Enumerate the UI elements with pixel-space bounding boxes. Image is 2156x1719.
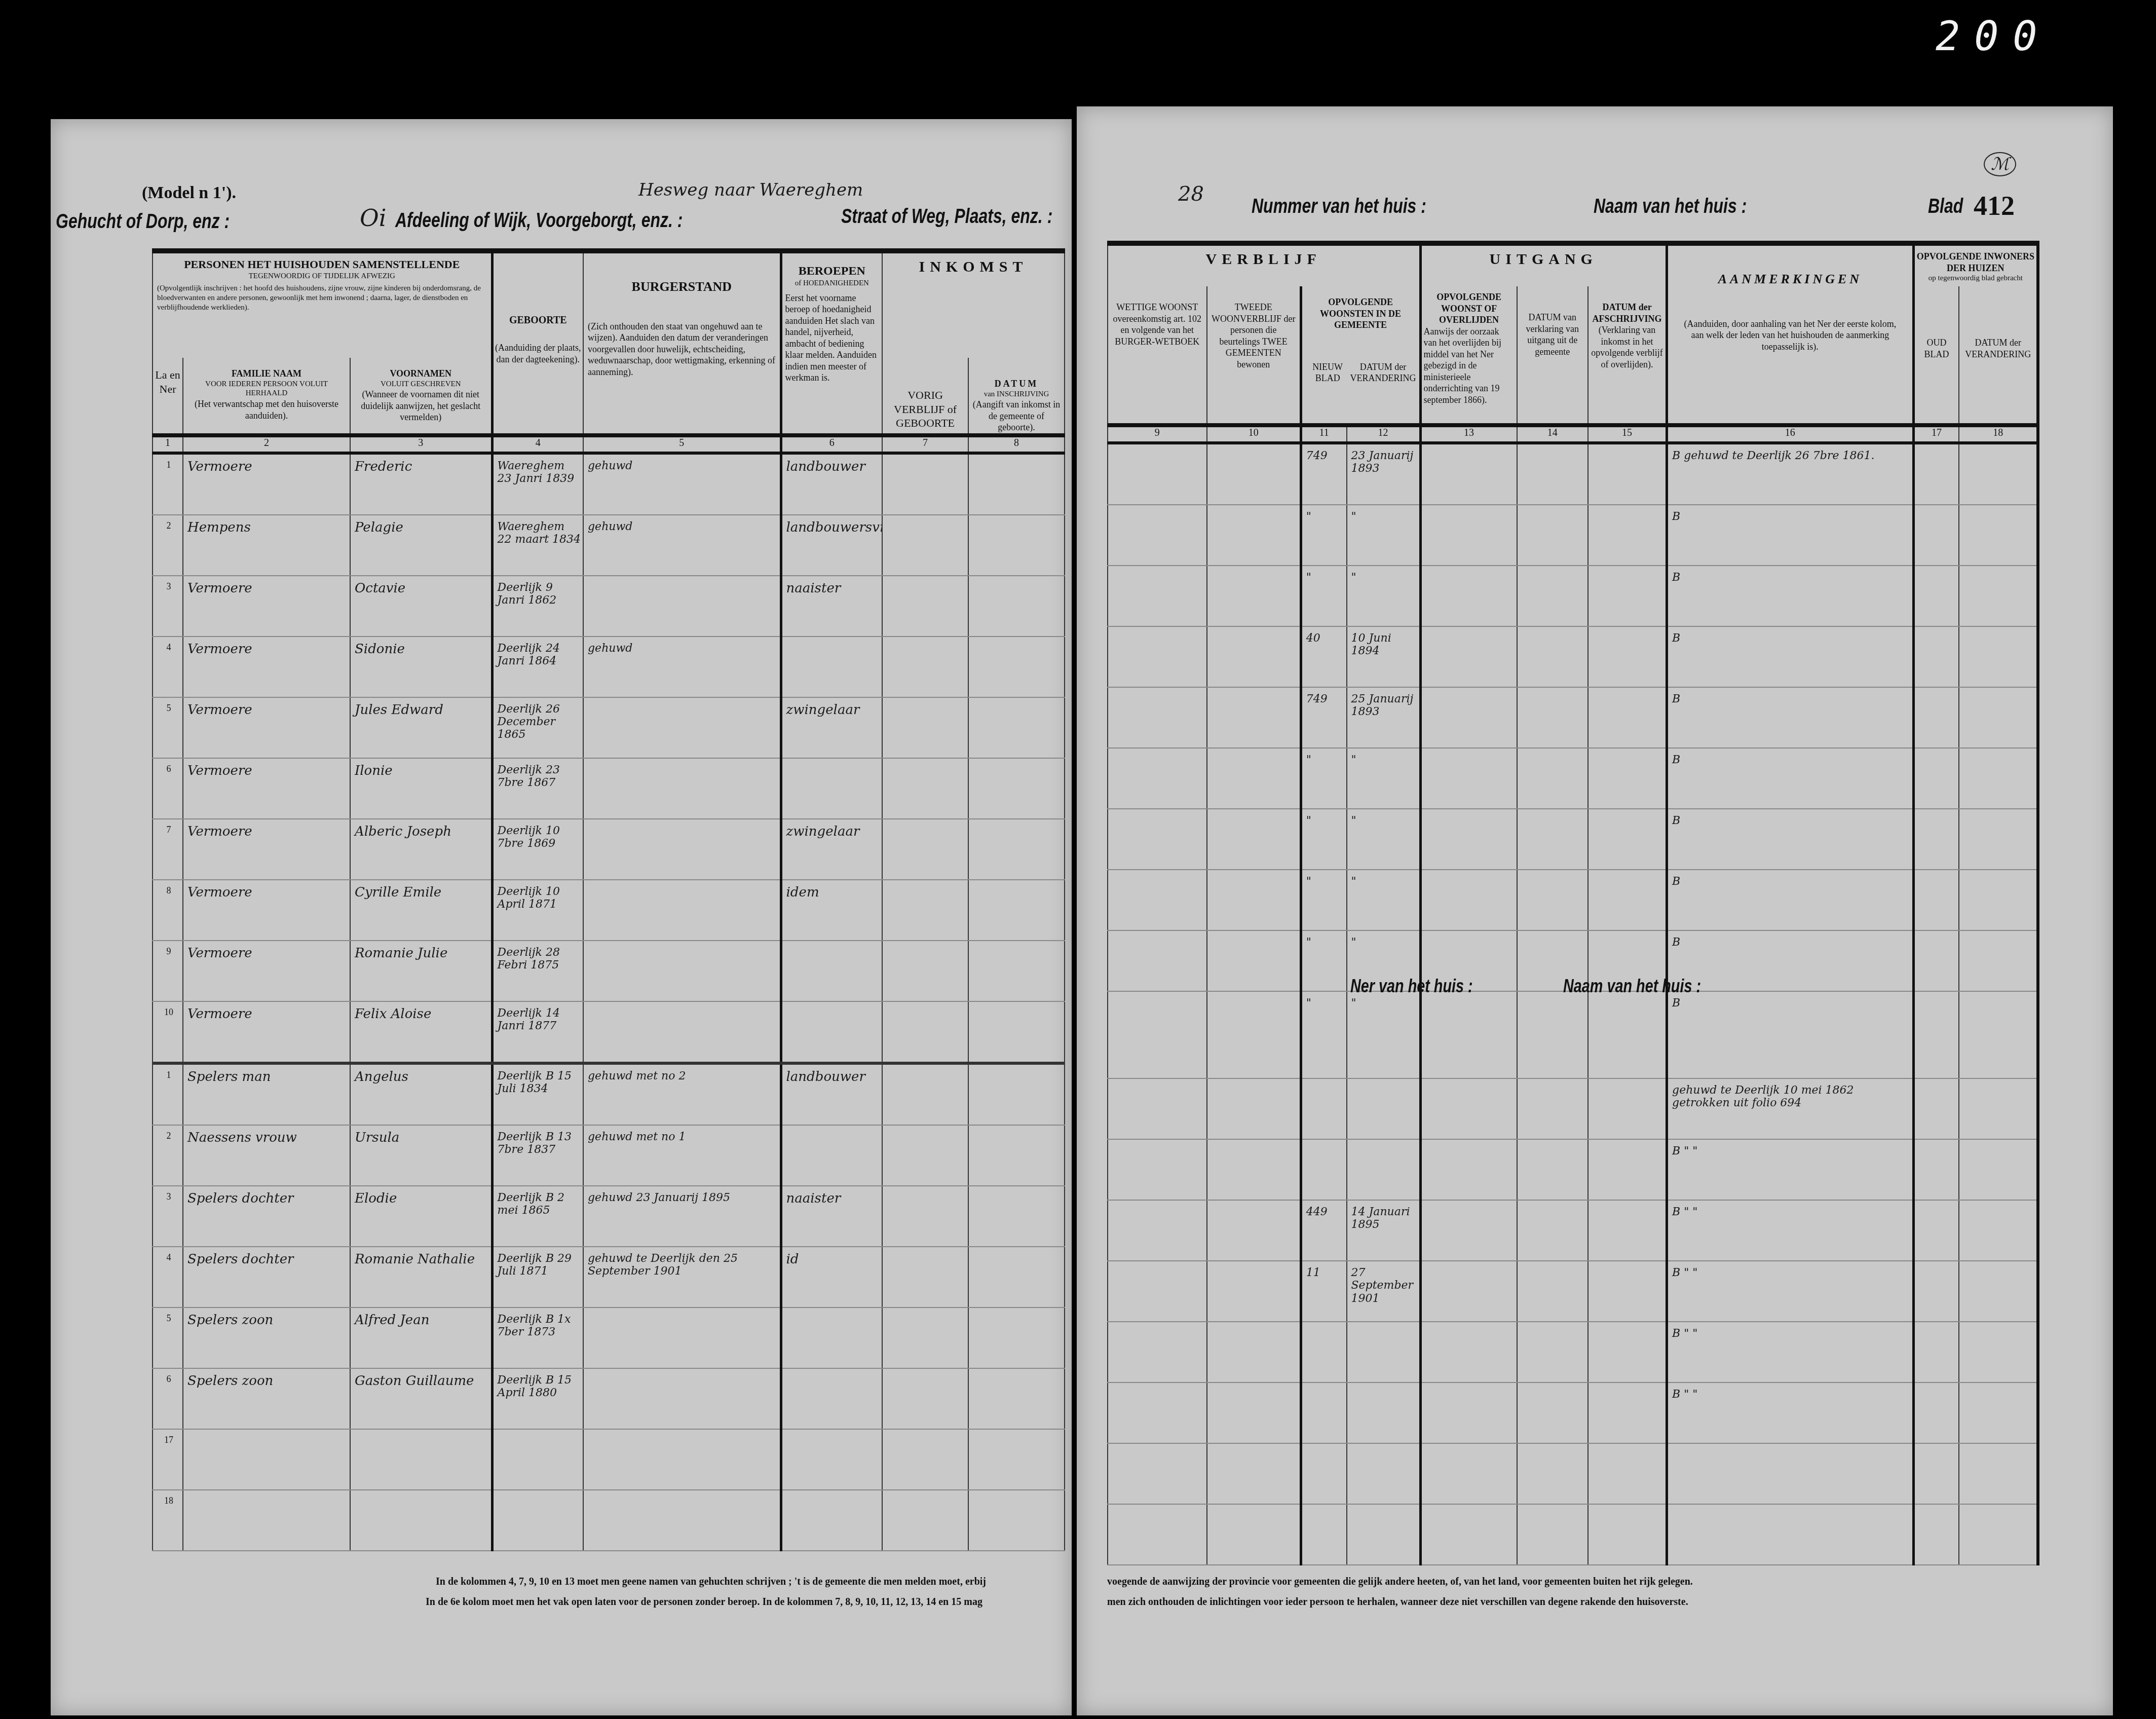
first-names: Romanie Nathalie xyxy=(355,1252,489,1267)
birth: Deerlijk 28 Febri 1875 xyxy=(498,946,581,972)
table-row xyxy=(1108,1504,2038,1565)
nieuw-blad-heading: NIEUW BLAD xyxy=(1305,361,1350,384)
remark: B xyxy=(1672,814,1910,827)
remark: B " " xyxy=(1672,1145,1910,1157)
table-row: ""B xyxy=(1108,870,2038,930)
table-row: 7VermoereAlberic JosephDeerlijk 10 7bre … xyxy=(153,819,1065,880)
oud-blad-heading: OUD BLAD xyxy=(1915,337,1959,360)
burgerstand-heading: BURGERSTAND xyxy=(588,279,776,295)
footnote-right-2: men zich onthouden de inlichtingen voor … xyxy=(1107,1596,1688,1608)
remark: B xyxy=(1672,997,1910,1010)
table-row: B " " xyxy=(1108,1382,2038,1443)
first-names: Ursula xyxy=(355,1131,489,1146)
line-number: 4 xyxy=(157,642,180,653)
personen-note: (Opvolgentlijk inschrijven : het hoofd d… xyxy=(157,284,487,312)
line-number: 5 xyxy=(157,1313,180,1324)
column-number: 16 xyxy=(1667,425,1914,443)
family-name: Spelers dochter xyxy=(187,1252,348,1267)
first-names: Sidonie xyxy=(355,642,489,657)
new-blad: " xyxy=(1306,997,1344,1010)
datum-verklaring-heading: DATUM van verklaring van uitgang uit de … xyxy=(1520,312,1585,357)
birth: Deerlijk 10 April 1871 xyxy=(498,885,581,911)
table-row: 2Naessens vrouwUrsulaDeerlijk B 13 7bre … xyxy=(153,1125,1065,1186)
column-number: 7 xyxy=(882,435,968,453)
family-name: Spelers zoon xyxy=(187,1313,348,1328)
remark: B gehuwd te Deerlijk 26 7bre 1861. xyxy=(1672,450,1910,462)
new-blad: " xyxy=(1306,814,1344,827)
table-row xyxy=(1108,1443,2038,1504)
register-table-right: VERBLIJF UITGANG AANMERKINGEN (Aanduiden… xyxy=(1107,241,2039,1565)
occupation: zwingelaar xyxy=(786,825,880,840)
column-number: 9 xyxy=(1108,425,1207,443)
new-blad: " xyxy=(1306,571,1344,584)
remark: B " " xyxy=(1672,1206,1910,1218)
table-row: 4VermoereSidonieDeerlijk 24 Janri 1864ge… xyxy=(153,637,1065,697)
table-row: 3Spelers dochterElodieDeerlijk B 2 mei 1… xyxy=(153,1186,1065,1247)
uitgang-heading: UITGANG xyxy=(1422,246,1666,269)
column-number: 6 xyxy=(781,435,882,453)
family-name: Vermoere xyxy=(187,946,348,961)
change-date: " xyxy=(1351,814,1417,827)
birth: Deerlijk B 15 April 1880 xyxy=(498,1374,581,1400)
column-number: 14 xyxy=(1517,425,1588,443)
column-number: 8 xyxy=(968,435,1065,453)
civil-status: gehuwd 23 Januarij 1895 xyxy=(588,1191,778,1204)
new-blad: " xyxy=(1306,875,1344,888)
table-row: 2HempensPelagieWaereghem 22 maart 1834ge… xyxy=(153,515,1065,576)
change-date: 10 Juni 1894 xyxy=(1351,632,1417,658)
first-names: Cyrille Emile xyxy=(355,885,489,901)
straat-label: Straat of Weg, Plaats, enz. : xyxy=(841,205,1052,228)
table-row: ""B xyxy=(1108,748,2038,809)
datum-inschrijving-note: (Aangift van inkomst in de gemeente of g… xyxy=(972,399,1061,433)
beroepen-heading: BEROEPEN xyxy=(785,264,879,279)
family-name: Vermoere xyxy=(187,703,348,718)
table-row: 74925 Januarij 1893B xyxy=(1108,687,2038,748)
remark: B xyxy=(1672,571,1910,584)
table-row: 6VermoereIlonieDeerlijk 23 7bre 1867 xyxy=(153,758,1065,819)
new-blad: " xyxy=(1306,510,1344,523)
family-name: Vermoere xyxy=(187,764,348,779)
line-number: 5 xyxy=(157,703,180,714)
line-number: 1 xyxy=(157,460,180,470)
change-date: " xyxy=(1351,936,1417,949)
voornamen-note: (Wanneer de voornamen dit niet duidelijk… xyxy=(354,389,488,423)
afdeeling-value: Hesweg naar Waereghem xyxy=(638,180,863,200)
table-row: 74923 Januarij 1893B gehuwd te Deerlijk … xyxy=(1108,443,2038,505)
familie-naam-sub: VOOR IEDEREN PERSOON VOLUIT HERHAALD xyxy=(186,380,347,399)
change-date: " xyxy=(1351,875,1417,888)
table-row: 8VermoereCyrille EmileDeerlijk 10 April … xyxy=(153,880,1065,941)
table-row: 9VermoereRomanie JulieDeerlijk 28 Febri … xyxy=(153,941,1065,1001)
line-number: 6 xyxy=(157,764,180,774)
civil-status: gehuwd xyxy=(588,642,778,655)
birth: Deerlijk B 13 7bre 1837 xyxy=(498,1131,581,1156)
family-name: Hempens xyxy=(187,520,348,536)
family-name: Vermoere xyxy=(187,642,348,657)
table-row: 44914 Januari 1895B " " xyxy=(1108,1200,2038,1261)
gehucht-value: Oi xyxy=(360,204,386,232)
civil-status: gehuwd xyxy=(588,460,778,472)
familie-naam-heading: FAMILIE NAAM xyxy=(186,368,347,380)
beroepen-note: Eerst het voorname beroep of hoedanighei… xyxy=(785,292,879,384)
birth: Deerlijk 10 7bre 1869 xyxy=(498,825,581,850)
table-row: 5VermoereJules EdwardDeerlijk 26 Decembe… xyxy=(153,697,1065,758)
house-number-label: Nummer van het huis : xyxy=(1252,195,1426,218)
personen-subheading: TEGENWOORDIG OF TIJDELIJK AFWEZIG xyxy=(157,272,487,281)
birth: Deerlijk 14 Janri 1877 xyxy=(498,1007,581,1033)
line-number: 7 xyxy=(157,825,180,835)
occupation: landbouwersvrouw xyxy=(786,520,880,536)
opvolgende-inwoners-heading: OPVOLGENDE INWONERS DER HUIZEN xyxy=(1915,251,2036,274)
line-number: 2 xyxy=(157,520,180,531)
table-row: ""B xyxy=(1108,809,2038,870)
civil-status: gehuwd met no 2 xyxy=(588,1070,778,1082)
remark: B " " xyxy=(1672,1327,1910,1340)
birth: Waereghem 22 maart 1834 xyxy=(498,520,581,546)
table-row: ""B xyxy=(1108,505,2038,566)
column-number: 5 xyxy=(583,435,781,453)
table-row: 4Spelers dochterRomanie NathalieDeerlijk… xyxy=(153,1247,1065,1307)
birth: Waereghem 23 Janri 1839 xyxy=(498,460,581,485)
house-number-value: 28 xyxy=(1178,182,1204,206)
table-row: gehuwd te Deerlijk 10 mei 1862 getrokken… xyxy=(1108,1078,2038,1139)
remark: B xyxy=(1672,875,1910,888)
change-date: " xyxy=(1351,571,1417,584)
table-row: 1Spelers manAngelusDeerlijk B 15 Juli 18… xyxy=(153,1063,1065,1125)
civil-status: gehuwd te Deerlijk den 25 September 1901 xyxy=(588,1252,778,1278)
column-number: 15 xyxy=(1588,425,1667,443)
family-name: Vermoere xyxy=(187,825,348,840)
gehucht-label: Gehucht of Dorp, enz : xyxy=(56,210,230,233)
inkomst-heading: INKOMST xyxy=(883,253,1064,277)
first-names: Angelus xyxy=(355,1070,489,1085)
opvolgende-woonst-note: Aanwijs der oorzaak van het overlijden b… xyxy=(1424,326,1515,406)
civil-status: gehuwd xyxy=(588,520,778,533)
line-number: 9 xyxy=(157,946,180,957)
family-name: Spelers zoon xyxy=(187,1374,348,1389)
first-names: Gaston Guillaume xyxy=(355,1374,489,1389)
first-names: Ilonie xyxy=(355,764,489,779)
line-number: 4 xyxy=(157,1252,180,1263)
table-row: 3VermoereOctavieDeerlijk 9 Janri 1862naa… xyxy=(153,576,1065,637)
table-row: 1127 September 1901B " " xyxy=(1108,1261,2038,1322)
first-names: Octavie xyxy=(355,581,489,596)
birth: Deerlijk 23 7bre 1867 xyxy=(498,764,581,790)
change-date: 14 Januari 1895 xyxy=(1351,1206,1417,1231)
signature-initials-icon: ℳ xyxy=(1984,152,2016,176)
change-date: 27 September 1901 xyxy=(1351,1266,1417,1305)
new-blad: 11 xyxy=(1306,1266,1344,1279)
familie-naam-note: (Het verwantschap met den huisoverste aa… xyxy=(186,398,347,421)
line-number: 3 xyxy=(157,1191,180,1202)
datum-inschrijving-sub: van INSCHRIJVING xyxy=(972,390,1061,399)
remark: B xyxy=(1672,632,1910,645)
change-date: " xyxy=(1351,997,1417,1010)
new-blad: 749 xyxy=(1306,693,1344,705)
footnote-left-2: In de 6e kolom moet men het vak open lat… xyxy=(426,1596,982,1608)
line-number: 2 xyxy=(157,1131,180,1141)
birth: Deerlijk 24 Janri 1864 xyxy=(498,642,581,668)
occupation: id xyxy=(786,1252,880,1267)
new-blad: 749 xyxy=(1306,450,1344,462)
remark: B " " xyxy=(1672,1266,1910,1279)
occupation: idem xyxy=(786,885,880,901)
first-names: Alfred Jean xyxy=(355,1313,489,1328)
occupation: naaister xyxy=(786,1191,880,1207)
aanmerkingen-note: (Aanduiden, door aanhaling van het Ner d… xyxy=(1678,318,1902,353)
table-row: 18 xyxy=(153,1490,1065,1551)
datum-verandering-heading: DATUM der VERANDERING xyxy=(1350,361,1416,384)
first-names: Frederic xyxy=(355,460,489,475)
family-name: Spelers dochter xyxy=(187,1191,348,1207)
vorig-verblijf-heading: VORIG VERBLIJF of GEBOORTE xyxy=(886,388,965,430)
family-name: Naessens vrouw xyxy=(187,1131,348,1146)
beroepen-subheading: of HOEDANIGHEDEN xyxy=(785,279,879,288)
voornamen-sub: VOLUIT GESCHREVEN xyxy=(354,380,488,389)
family-name: Spelers man xyxy=(187,1070,348,1085)
line-number: 17 xyxy=(157,1435,180,1445)
occupation: naaister xyxy=(786,581,880,596)
first-names: Jules Edward xyxy=(355,703,489,718)
column-number: 11 xyxy=(1301,425,1346,443)
column-number: 18 xyxy=(1959,425,2038,443)
table-row: B " " xyxy=(1108,1139,2038,1200)
verblijf-heading: VERBLIJF xyxy=(1108,246,1419,269)
birth: Deerlijk B 15 Juli 1834 xyxy=(498,1070,581,1096)
column-number: 17 xyxy=(1913,425,1959,443)
family-name: Vermoere xyxy=(187,1007,348,1022)
civil-status: gehuwd met no 1 xyxy=(588,1131,778,1143)
column-1-header: La en Ner xyxy=(153,368,182,396)
change-date: 25 Januarij 1893 xyxy=(1351,693,1417,719)
occupation: landbouwer xyxy=(786,1070,880,1085)
birth: Deerlijk B 29 Juli 1871 xyxy=(498,1252,581,1278)
line-number: 18 xyxy=(157,1496,180,1506)
footnote-right-1: voegende de aanwijzing der provincie voo… xyxy=(1107,1576,1693,1588)
birth: Deerlijk B 2 mei 1865 xyxy=(498,1191,581,1217)
column-number: 3 xyxy=(350,435,492,453)
column-number: 10 xyxy=(1207,425,1301,443)
new-blad: 449 xyxy=(1306,1206,1344,1218)
family-name: Vermoere xyxy=(187,460,348,475)
first-names: Elodie xyxy=(355,1191,489,1207)
occupation: landbouwer xyxy=(786,460,880,475)
birth: Deerlijk 9 Janri 1862 xyxy=(498,581,581,607)
new-blad: " xyxy=(1306,936,1344,949)
mid-house-number-label: Ner van het huis : xyxy=(1350,976,1473,997)
first-names: Felix Aloise xyxy=(355,1007,489,1022)
footnote-left-1: In de kolommen 4, 7, 9, 10 en 13 moet me… xyxy=(436,1576,986,1588)
table-row: 4010 Juni 1894B xyxy=(1108,626,2038,687)
new-blad: 40 xyxy=(1306,632,1344,645)
column-number: 2 xyxy=(183,435,350,453)
first-names: Alberic Joseph xyxy=(355,825,489,840)
column-number: 4 xyxy=(492,435,583,453)
birth: Deerlijk 26 December 1865 xyxy=(498,703,581,741)
occupation: zwingelaar xyxy=(786,703,880,718)
remark: B " " xyxy=(1672,1388,1910,1401)
table-row: 1VermoereFredericWaereghem 23 Janri 1839… xyxy=(153,453,1065,515)
line-number: 3 xyxy=(157,581,180,592)
table-row: ""B xyxy=(1108,566,2038,626)
table-row: B " " xyxy=(1108,1322,2038,1382)
datum-der-verandering-heading: DATUM der VERANDERING xyxy=(1959,337,2036,360)
personen-heading: PERSONEN HET HUISHOUDEN SAMENSTELLENDE xyxy=(157,257,487,272)
family-name: Vermoere xyxy=(187,581,348,596)
opvolgende-woonsten-heading: OPVOLGENDE WOONSTEN IN DE GEMEENTE xyxy=(1305,296,1416,331)
wettige-woonst-heading: WETTIGE WOONST overeenkomstig art. 102 e… xyxy=(1111,302,1203,347)
right-page: 28 Nummer van het huis : Naam van het hu… xyxy=(1077,106,2113,1715)
line-number: 6 xyxy=(157,1374,180,1385)
opvolgende-woonst-heading: OPVOLGENDE WOONST OF OVERLIJDEN xyxy=(1424,291,1515,326)
left-page: (Model n 1'). Gehucht of Dorp, enz : Oi … xyxy=(51,119,1072,1715)
remark: B xyxy=(1672,693,1910,705)
table-row: ""B xyxy=(1108,991,2038,1078)
afdeeling-label: Afdeeling of Wijk, Voorgeborgt, enz. : xyxy=(395,209,683,232)
datum-inschrijving-heading: DATUM xyxy=(972,378,1061,390)
burgerstand-note: (Zich onthouden den staat van ongehuwd a… xyxy=(588,321,776,378)
mid-house-name-label: Naam van het huis : xyxy=(1563,976,1701,997)
first-names: Pelagie xyxy=(355,520,489,536)
geboorte-note: (Aanduiding der plaats, dan der dagteeke… xyxy=(494,342,583,365)
new-blad: " xyxy=(1306,754,1344,766)
house-name-label: Naam van het huis : xyxy=(1594,195,1747,218)
family-name: Vermoere xyxy=(187,885,348,901)
datum-afschrijving-note: (Verklaring van inkomst in het opvolgend… xyxy=(1591,324,1663,370)
line-number: 1 xyxy=(157,1070,180,1080)
column-number: 13 xyxy=(1420,425,1517,443)
opvolgende-inwoners-sub: op tegenwoordig blad gebracht xyxy=(1915,274,2036,283)
column-number: 1 xyxy=(153,435,183,453)
table-row: 6Spelers zoonGaston GuillaumeDeerlijk B … xyxy=(153,1368,1065,1429)
line-number: 8 xyxy=(157,885,180,896)
remark: B xyxy=(1672,936,1910,949)
aanmerkingen-heading: AANMERKINGEN xyxy=(1678,271,1902,288)
tweede-woonverblijf-heading: TWEEDE WOONVERBLIJF der personen die beu… xyxy=(1211,302,1297,370)
change-date: 23 Januarij 1893 xyxy=(1351,450,1417,475)
register-table-left: PERSONEN HET HUISHOUDEN SAMENSTELLENDE T… xyxy=(152,248,1065,1551)
first-names: Romanie Julie xyxy=(355,946,489,961)
line-number: 10 xyxy=(157,1007,180,1018)
change-date: " xyxy=(1351,510,1417,523)
voornamen-heading: VOORNAMEN xyxy=(354,368,488,380)
change-date: " xyxy=(1351,754,1417,766)
birth: Deerlijk B 1x 7ber 1873 xyxy=(498,1313,581,1339)
model-label: (Model n 1'). xyxy=(142,183,236,203)
remark: B xyxy=(1672,754,1910,766)
table-row: 5Spelers zoonAlfred JeanDeerlijk B 1x 7b… xyxy=(153,1307,1065,1368)
blad-label: Blad xyxy=(1928,195,1963,218)
frame-number: 200 xyxy=(1936,13,2052,60)
datum-afschrijving-heading: DATUM der AFSCHRIJVING xyxy=(1591,302,1663,324)
table-row: 10VermoereFelix AloiseDeerlijk 14 Janri … xyxy=(153,1001,1065,1063)
remark: gehuwd te Deerlijk 10 mei 1862 getrokken… xyxy=(1672,1084,1910,1110)
column-number: 12 xyxy=(1347,425,1421,443)
geboorte-heading: GEBOORTE xyxy=(494,314,583,327)
remark: B xyxy=(1672,510,1910,523)
table-row: 17 xyxy=(153,1429,1065,1490)
blad-number: 412 xyxy=(1974,190,2015,221)
